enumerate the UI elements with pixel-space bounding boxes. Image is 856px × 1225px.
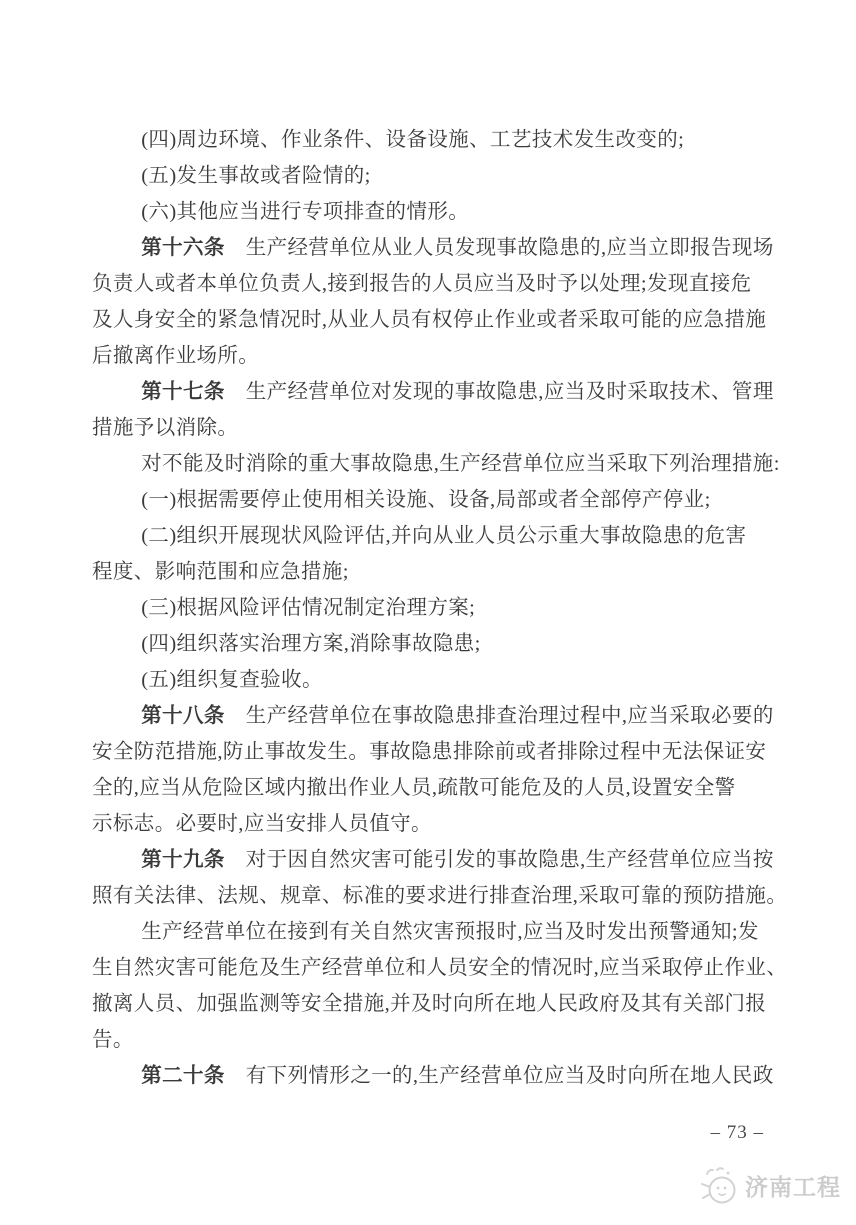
text-line: 安全防范措施,防止事故发生。事故隐患排除前或者排除过程中无法保证安 xyxy=(92,734,788,770)
article-text: 生产经营单位对发现的事故隐患,应当及时采取技术、管理 xyxy=(225,381,774,403)
text-line: 第二十条 有下列情形之一的,生产经营单位应当及时向所在地人民政 xyxy=(92,1058,788,1094)
text-line: (五)组织复查验收。 xyxy=(92,662,788,698)
paragraph: 对不能及时消除的重大事故隐患,生产经营单位应当采取下列治理措施: xyxy=(92,446,788,482)
text-line: 生自然灾害可能危及生产经营单位和人员安全的情况时,应当采取停止作业、 xyxy=(92,950,788,986)
text-line: (三)根据风险评估情况制定治理方案; xyxy=(92,590,788,626)
text-line: 告。 xyxy=(92,1022,788,1058)
paragraph: (五)发生事故或者险情的; xyxy=(92,158,788,194)
text-line: 及人身安全的紧急情况时,从业人员有权停止作业或者采取可能的应急措施 xyxy=(92,302,788,338)
text-line: (四)组织落实治理方案,消除事故隐患; xyxy=(92,626,788,662)
text-line: (六)其他应当进行专项排查的情形。 xyxy=(92,194,788,230)
paragraph: (六)其他应当进行专项排查的情形。 xyxy=(92,194,788,230)
watermark: 济南工程 xyxy=(698,1164,841,1206)
paragraph: (四)组织落实治理方案,消除事故隐患; xyxy=(92,626,788,662)
article-number: 第十六条 xyxy=(141,237,225,259)
article-number: 第十七条 xyxy=(141,381,225,403)
paragraph: 生产经营单位在接到有关自然灾害预报时,应当及时发出预警通知;发生自然灾害可能危及… xyxy=(92,914,788,1058)
paragraph: 第二十条 有下列情形之一的,生产经营单位应当及时向所在地人民政 xyxy=(92,1058,788,1094)
text-line: (二)组织开展现状风险评估,并向从业人员公示重大事故隐患的危害 xyxy=(92,518,788,554)
article-text: 生产经营单位在事故隐患排查治理过程中,应当采取必要的 xyxy=(225,705,774,727)
document-page: (四)周边环境、作业条件、设备设施、工艺技术发生改变的;(五)发生事故或者险情的… xyxy=(0,0,856,1225)
text-line: 撤离人员、加强监测等安全措施,并及时向所在地人民政府及其有关部门报 xyxy=(92,986,788,1022)
paragraph: 第十七条 生产经营单位对发现的事故隐患,应当及时采取技术、管理措施予以消除。 xyxy=(92,374,788,446)
article-text: 有下列情形之一的,生产经营单位应当及时向所在地人民政 xyxy=(225,1065,774,1087)
text-line: 对不能及时消除的重大事故隐患,生产经营单位应当采取下列治理措施: xyxy=(92,446,788,482)
paragraph: (四)周边环境、作业条件、设备设施、工艺技术发生改变的; xyxy=(92,122,788,158)
text-line: 第十七条 生产经营单位对发现的事故隐患,应当及时采取技术、管理 xyxy=(92,374,788,410)
document-body: (四)周边环境、作业条件、设备设施、工艺技术发生改变的;(五)发生事故或者险情的… xyxy=(92,122,788,1094)
text-line: 负责人或者本单位负责人,接到报告的人员应当及时予以处理;发现直接危 xyxy=(92,266,788,302)
page-number: – 73 – xyxy=(711,1122,765,1144)
text-line: 生产经营单位在接到有关自然灾害预报时,应当及时发出预警通知;发 xyxy=(92,914,788,950)
watermark-bird-icon xyxy=(698,1164,740,1206)
watermark-text: 济南工程 xyxy=(745,1169,841,1202)
article-number: 第二十条 xyxy=(141,1065,225,1087)
text-line: 第十六条 生产经营单位从业人员发现事故隐患的,应当立即报告现场 xyxy=(92,230,788,266)
text-line: (四)周边环境、作业条件、设备设施、工艺技术发生改变的; xyxy=(92,122,788,158)
text-line: 第十九条 对于因自然灾害可能引发的事故隐患,生产经营单位应当按 xyxy=(92,842,788,878)
paragraph: 第十六条 生产经营单位从业人员发现事故隐患的,应当立即报告现场负责人或者本单位负… xyxy=(92,230,788,374)
text-line: 措施予以消除。 xyxy=(92,410,788,446)
text-line: 全的,应当从危险区域内撤出作业人员,疏散可能危及的人员,设置安全警 xyxy=(92,770,788,806)
paragraph: 第十九条 对于因自然灾害可能引发的事故隐患,生产经营单位应当按照有关法律、法规、… xyxy=(92,842,788,914)
paragraph: (五)组织复查验收。 xyxy=(92,662,788,698)
text-line: 第十八条 生产经营单位在事故隐患排查治理过程中,应当采取必要的 xyxy=(92,698,788,734)
paragraph: (三)根据风险评估情况制定治理方案; xyxy=(92,590,788,626)
text-line: 程度、影响范围和应急措施; xyxy=(92,554,788,590)
text-line: (五)发生事故或者险情的; xyxy=(92,158,788,194)
article-number: 第十九条 xyxy=(141,849,225,871)
article-text: 生产经营单位从业人员发现事故隐患的,应当立即报告现场 xyxy=(225,237,774,259)
paragraph: (一)根据需要停止使用相关设施、设备,局部或者全部停产停业; xyxy=(92,482,788,518)
text-line: 示标志。必要时,应当安排人员值守。 xyxy=(92,806,788,842)
text-line: 照有关法律、法规、规章、标准的要求进行排查治理,采取可靠的预防措施。 xyxy=(92,878,788,914)
text-line: 后撤离作业场所。 xyxy=(92,338,788,374)
paragraph: (二)组织开展现状风险评估,并向从业人员公示重大事故隐患的危害程度、影响范围和应… xyxy=(92,518,788,590)
paragraph: 第十八条 生产经营单位在事故隐患排查治理过程中,应当采取必要的安全防范措施,防止… xyxy=(92,698,788,842)
text-line: (一)根据需要停止使用相关设施、设备,局部或者全部停产停业; xyxy=(92,482,788,518)
article-text: 对于因自然灾害可能引发的事故隐患,生产经营单位应当按 xyxy=(225,849,774,871)
article-number: 第十八条 xyxy=(141,705,225,727)
